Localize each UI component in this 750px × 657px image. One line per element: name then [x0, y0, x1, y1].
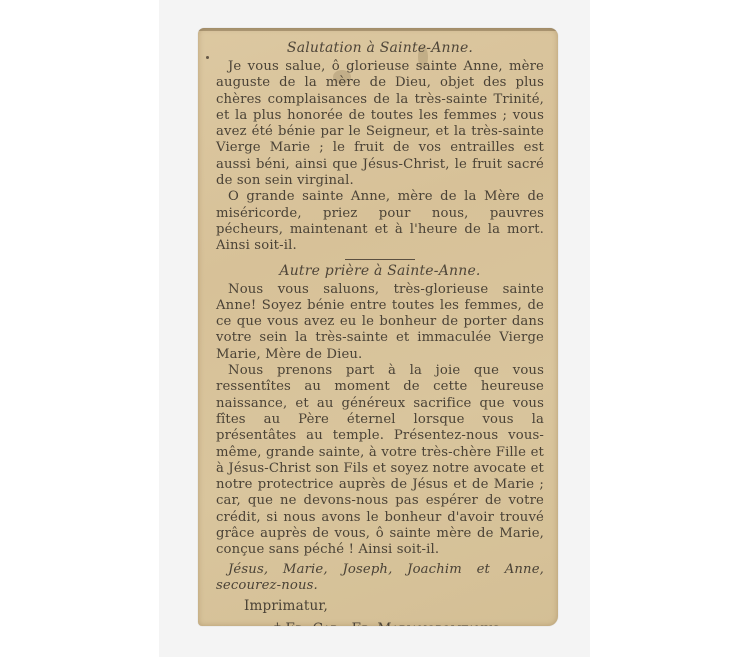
signature: † Ed. Car., Ep. Marianopolitanus. — [216, 621, 544, 627]
cross-icon: † — [274, 621, 281, 627]
imprimatur-label: Imprimatur, — [216, 598, 544, 614]
section1-paragraph-1: Je vous salue, ô glorieuse sainte Anne, … — [216, 59, 544, 189]
signature-text: Ed. Car., Ep. Marianopolitanus. — [285, 621, 504, 627]
section1-title: Salutation à Sainte-Anne. — [216, 40, 544, 56]
prayer-card: Salutation à Sainte-Anne. Je vous salue,… — [198, 28, 558, 626]
section-divider — [345, 259, 415, 260]
section2-paragraph-1: Nous vous saluons, très-glorieuse sainte… — [216, 282, 544, 363]
section1-paragraph-2: O grande sainte Anne, mère de la Mère de… — [216, 189, 544, 254]
section2-title: Autre prière à Sainte-Anne. — [216, 263, 544, 279]
section2-paragraph-2: Nous prenons part à la joie que vous res… — [216, 363, 544, 559]
card-content: Salutation à Sainte-Anne. Je vous salue,… — [216, 40, 544, 626]
invocation: Jésus, Marie, Joseph, Joachim et Anne, s… — [216, 562, 544, 595]
ink-dot — [206, 56, 209, 59]
